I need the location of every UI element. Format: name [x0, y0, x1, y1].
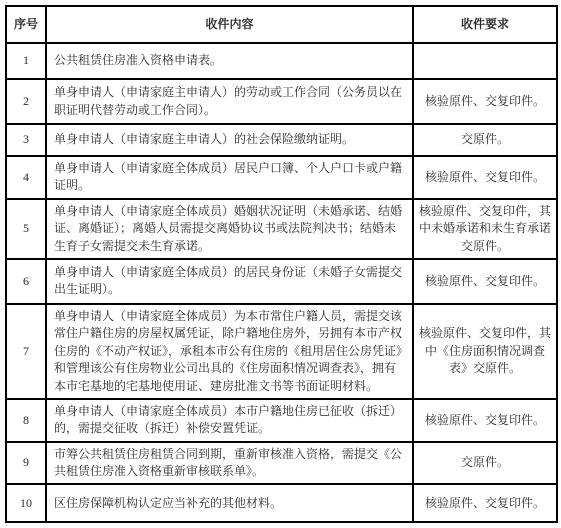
requirement-cell: 核验原件、交复印件。 — [413, 79, 557, 124]
header-received-content: 收件内容 — [46, 6, 413, 43]
requirement-cell: 核验原件、交复印件。 — [413, 484, 557, 522]
row-number-cell: 8 — [6, 399, 46, 442]
content-cell: 单身申请人（申请家庭全体成员）的居民身份证（未婚子女需提交出生证明）。 — [46, 259, 413, 304]
content-cell: 单身申请人（申请家庭全体成员）居民户口簿、个人户口卡或户籍证明。 — [46, 156, 413, 199]
requirement-cell: 核验原件、交复印件。 — [413, 156, 557, 199]
content-cell: 单身申请人（申请家庭全体成员）为本市常住户籍人员，需提交该常住户籍住房的房屋权属… — [46, 304, 413, 399]
content-cell: 市筹公共租赁住房租赁合同到期，重新审核准入资格，需提交《公共租赁住房准入资格重新… — [46, 442, 413, 485]
row-number-cell: 2 — [6, 79, 46, 124]
table-row: 1 公共租赁住房准入资格申请表。 — [6, 43, 557, 79]
table-row: 6 单身申请人（申请家庭全体成员）的居民身份证（未婚子女需提交出生证明）。 核验… — [6, 259, 557, 304]
requirement-cell: 交原件。 — [413, 442, 557, 485]
table-row: 5 单身申请人（申请家庭全体成员）婚姻状况证明（未婚承诺、结婚证、离婚证）；离婚… — [6, 199, 557, 259]
requirement-cell — [413, 43, 557, 79]
requirement-cell: 核验原件、交复印件。 — [413, 259, 557, 304]
table-header-row: 序号 收件内容 收件要求 — [6, 6, 557, 43]
header-serial-number: 序号 — [6, 6, 46, 43]
row-number-cell: 1 — [6, 43, 46, 79]
row-number-cell: 7 — [6, 304, 46, 399]
row-number-cell: 6 — [6, 259, 46, 304]
content-cell: 单身申请人（申请家庭全体成员）婚姻状况证明（未婚承诺、结婚证、离婚证）；离婚人员… — [46, 199, 413, 259]
table-row: 9 市筹公共租赁住房租赁合同到期，重新审核准入资格，需提交《公共租赁住房准入资格… — [6, 442, 557, 485]
row-number-cell: 9 — [6, 442, 46, 485]
content-cell: 单身申请人（申请家庭主申请人）的社会保险缴纳证明。 — [46, 124, 413, 156]
row-number-cell: 10 — [6, 484, 46, 522]
content-cell: 单身申请人（申请家庭主申请人）的劳动或工作合同（公务员以在职证明代替劳动或工作合… — [46, 79, 413, 124]
row-number-cell: 3 — [6, 124, 46, 156]
requirement-cell: 核验原件、交复印件，其中《住房面积情况调查表》交原件。 — [413, 304, 557, 399]
content-cell: 区住房保障机构认定应当补充的其他材料。 — [46, 484, 413, 522]
table-row: 7 单身申请人（申请家庭全体成员）为本市常住户籍人员，需提交该常住户籍住房的房屋… — [6, 304, 557, 399]
table-row: 3 单身申请人（申请家庭主申请人）的社会保险缴纳证明。 交原件。 — [6, 124, 557, 156]
content-cell: 公共租赁住房准入资格申请表。 — [46, 43, 413, 79]
table-row: 8 单身申请人（申请家庭全体成员）本市户籍地住房已征收（拆迁）的，需提交征收（拆… — [6, 399, 557, 442]
requirement-cell: 核验原件、交复印件，其中未婚承诺和未生育承诺交原件。 — [413, 199, 557, 259]
table-row: 10 区住房保障机构认定应当补充的其他材料。 核验原件、交复印件。 — [6, 484, 557, 522]
row-number-cell: 5 — [6, 199, 46, 259]
content-cell: 单身申请人（申请家庭全体成员）本市户籍地住房已征收（拆迁）的，需提交征收（拆迁）… — [46, 399, 413, 442]
requirement-cell: 交原件。 — [413, 124, 557, 156]
requirements-table: 序号 收件内容 收件要求 1 公共租赁住房准入资格申请表。 2 单身申请人（申请… — [5, 5, 558, 523]
requirement-cell: 核验原件、交复印件。 — [413, 399, 557, 442]
document-page: 序号 收件内容 收件要求 1 公共租赁住房准入资格申请表。 2 单身申请人（申请… — [0, 0, 561, 528]
header-received-requirement: 收件要求 — [413, 6, 557, 43]
table-row: 2 单身申请人（申请家庭主申请人）的劳动或工作合同（公务员以在职证明代替劳动或工… — [6, 79, 557, 124]
table-row: 4 单身申请人（申请家庭全体成员）居民户口簿、个人户口卡或户籍证明。 核验原件、… — [6, 156, 557, 199]
row-number-cell: 4 — [6, 156, 46, 199]
